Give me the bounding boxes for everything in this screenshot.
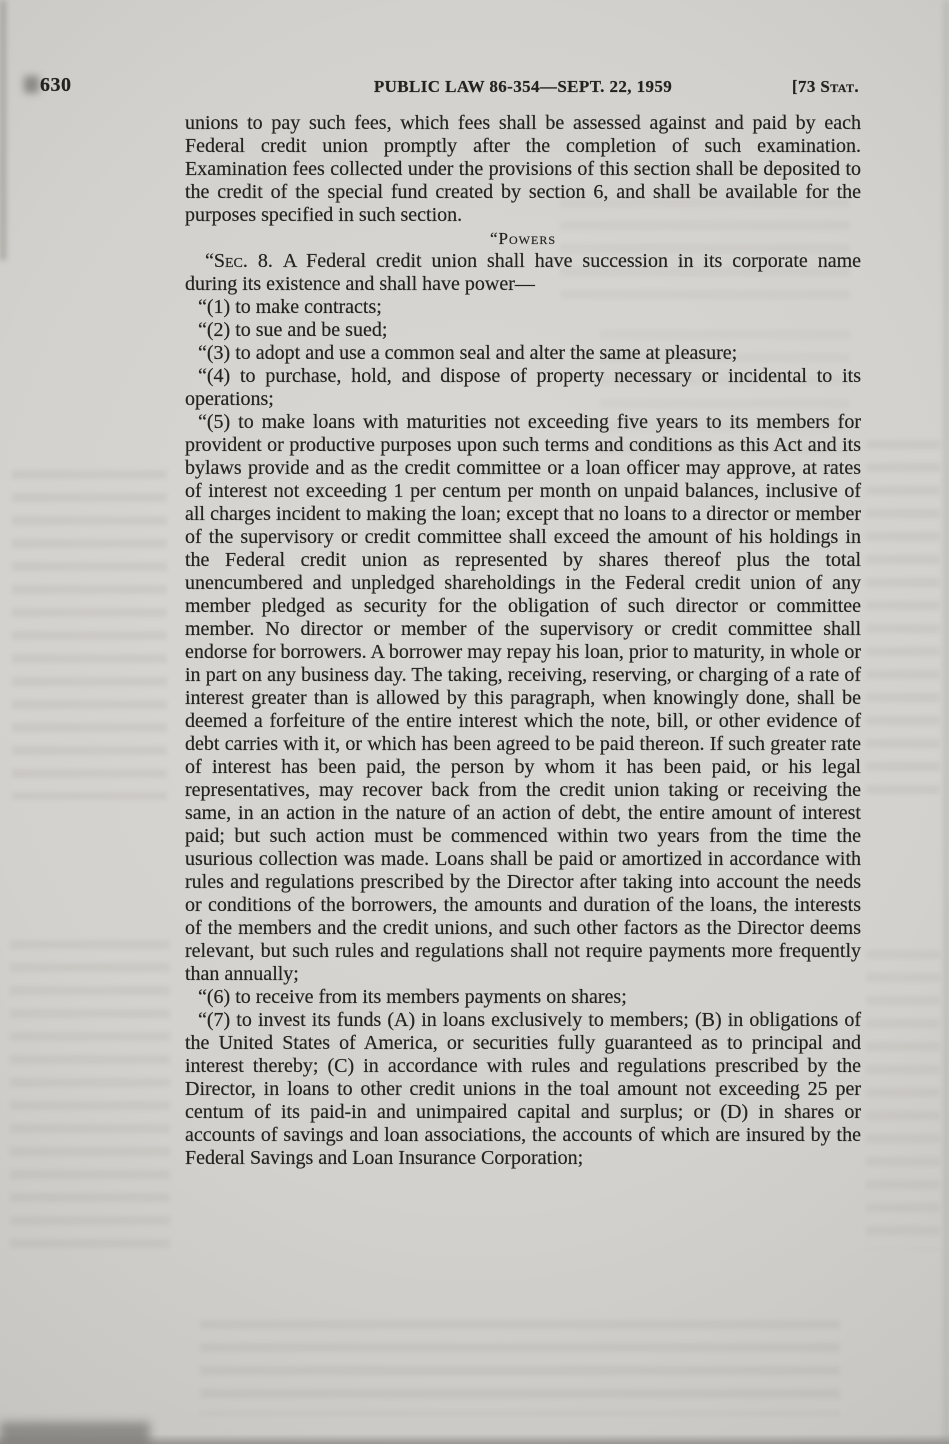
bleed-through-ghost — [866, 950, 940, 1250]
running-head: PUBLIC LAW 86-354—SEPT. 22, 1959 [73 Sta… — [185, 77, 861, 101]
scan-edge-shadow — [0, 1434, 949, 1444]
header-title: PUBLIC LAW 86-354—SEPT. 22, 1959 — [185, 77, 861, 97]
statute-item-4: “(4) to purchase, hold, and dispose of p… — [185, 365, 861, 411]
statute-item-5: “(5) to make loans with maturities not e… — [185, 411, 861, 986]
sec8-text: A Federal credit union shall have succes… — [185, 250, 861, 295]
scan-edge-shadow — [0, 0, 6, 260]
scanned-statute-page: 630 PUBLIC LAW 86-354—SEPT. 22, 1959 [73… — [0, 0, 949, 1444]
scan-smudge — [24, 76, 39, 93]
stat-citation: [73 Stat. — [792, 77, 859, 97]
powers-heading: “Powers — [185, 227, 861, 250]
statute-item-3: “(3) to adopt and use a common seal and … — [185, 342, 861, 365]
bleed-through-ghost — [12, 470, 167, 800]
sec8-label: “Sec. 8. — [205, 250, 273, 272]
scan-edge-shadow — [0, 1422, 150, 1444]
bleed-through-ghost — [10, 940, 170, 1250]
intro-paragraph: unions to pay such fees, which fees shal… — [185, 112, 861, 227]
bleed-through-ghost — [866, 440, 940, 800]
statute-text-column: unions to pay such fees, which fees shal… — [185, 112, 861, 1170]
scan-edge-shadow — [944, 0, 949, 1444]
bleed-through-ghost — [200, 1320, 840, 1415]
page-number: 630 — [40, 74, 72, 97]
statute-item-6: “(6) to receive from its members payment… — [185, 986, 861, 1009]
statute-item-1: “(1) to make contracts; — [185, 296, 861, 319]
statute-item-2: “(2) to sue and be sued; — [185, 319, 861, 342]
sec8-paragraph: “Sec. 8.A Federal credit union shall hav… — [185, 250, 861, 296]
statute-item-7: “(7) to invest its funds (A) in loans ex… — [185, 1009, 861, 1170]
